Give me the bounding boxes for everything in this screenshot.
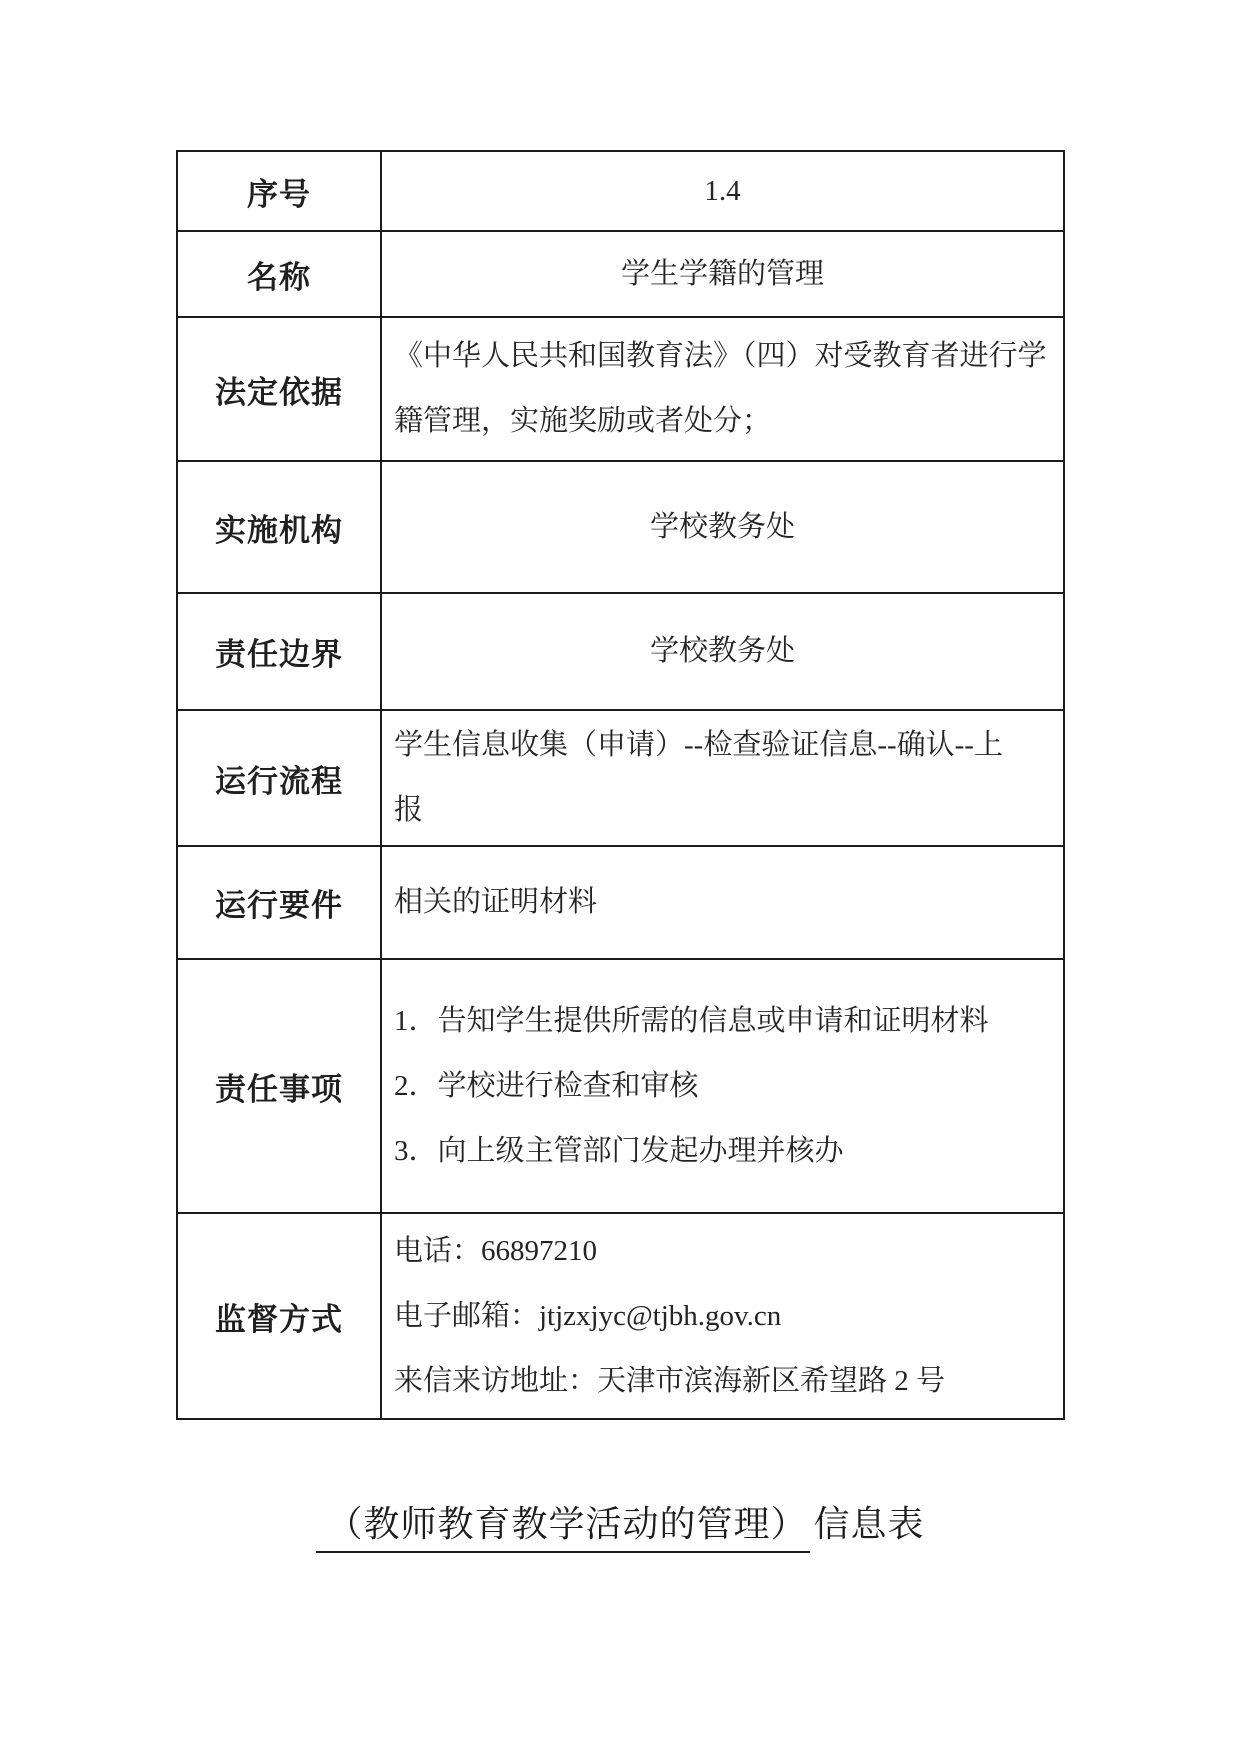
value-line: 学生信息收集（申请）--检查验证信息--确认--上 — [394, 713, 1057, 778]
value-cell: 学生学籍的管理 — [381, 231, 1064, 317]
supervision-phone: 电话：66897210 — [394, 1219, 1057, 1284]
value-line: 籍管理，实施奖励或者处分； — [394, 389, 1057, 454]
label-cell: 监督方式 — [177, 1213, 381, 1419]
value-cell: 相关的证明材料 — [381, 846, 1064, 959]
value-line: 1．告知学生提供所需的信息或申请和证明材料 — [394, 989, 1057, 1054]
caption-suffix-text: 信息表 — [810, 1504, 925, 1544]
document-page: 序号 1.4 名称 学生学籍的管理 法定依据 《中华人民共和国教育法》（四）对受… — [0, 0, 1241, 1754]
label-cell: 序号 — [177, 151, 381, 231]
label-cell: 名称 — [177, 231, 381, 317]
label-cell: 责任边界 — [177, 593, 381, 710]
label-cell: 法定依据 — [177, 317, 381, 461]
value-cell: 1．告知学生提供所需的信息或申请和证明材料 2．学校进行检查和审核 3．向上级主… — [381, 959, 1064, 1213]
value-cell: 学校教务处 — [381, 593, 1064, 710]
value-cell: 学校教务处 — [381, 461, 1064, 593]
row-responsibility-items: 责任事项 1．告知学生提供所需的信息或申请和证明材料 2．学校进行检查和审核 3… — [177, 959, 1064, 1213]
row-serial-number: 序号 1.4 — [177, 151, 1064, 231]
value-cell: 1.4 — [381, 151, 1064, 231]
label-cell: 责任事项 — [177, 959, 381, 1213]
value-cell: 《中华人民共和国教育法》（四）对受教育者进行学 籍管理，实施奖励或者处分； — [381, 317, 1064, 461]
row-legal-basis: 法定依据 《中华人民共和国教育法》（四）对受教育者进行学 籍管理，实施奖励或者处… — [177, 317, 1064, 461]
info-table: 序号 1.4 名称 学生学籍的管理 法定依据 《中华人民共和国教育法》（四）对受… — [176, 150, 1065, 1420]
value-line: 《中华人民共和国教育法》（四）对受教育者进行学 — [394, 324, 1057, 389]
next-table-caption: （教师教育教学活动的管理）信息表 — [0, 1496, 1241, 1547]
value-line: 报 — [394, 778, 1057, 843]
value-line: 学校教务处 — [382, 495, 1063, 560]
supervision-email: 电子邮箱：jtjzxjyc@tjbh.gov.cn — [394, 1284, 1057, 1349]
value-line: 3．向上级主管部门发起办理并核办 — [394, 1119, 1057, 1184]
value-cell: 电话：66897210 电子邮箱：jtjzxjyc@tjbh.gov.cn 来信… — [381, 1213, 1064, 1419]
row-operation-requirements: 运行要件 相关的证明材料 — [177, 846, 1064, 959]
value-line: 学生学籍的管理 — [382, 242, 1063, 307]
label-cell: 实施机构 — [177, 461, 381, 593]
row-supervision-method: 监督方式 电话：66897210 电子邮箱：jtjzxjyc@tjbh.gov.… — [177, 1213, 1064, 1419]
value-cell: 学生信息收集（申请）--检查验证信息--确认--上 报 — [381, 710, 1064, 846]
value-line: 1.4 — [382, 159, 1063, 224]
caption-underlined-text: （教师教育教学活动的管理） — [316, 1504, 809, 1553]
row-responsibility-boundary: 责任边界 学校教务处 — [177, 593, 1064, 710]
row-operation-process: 运行流程 学生信息收集（申请）--检查验证信息--确认--上 报 — [177, 710, 1064, 846]
label-cell: 运行要件 — [177, 846, 381, 959]
label-cell: 运行流程 — [177, 710, 381, 846]
value-line: 学校教务处 — [382, 619, 1063, 684]
supervision-address: 来信来访地址：天津市滨海新区希望路 2 号 — [394, 1349, 1057, 1414]
row-name: 名称 学生学籍的管理 — [177, 231, 1064, 317]
row-implementing-agency: 实施机构 学校教务处 — [177, 461, 1064, 593]
value-line: 相关的证明材料 — [394, 870, 1057, 935]
value-line: 2．学校进行检查和审核 — [394, 1054, 1057, 1119]
